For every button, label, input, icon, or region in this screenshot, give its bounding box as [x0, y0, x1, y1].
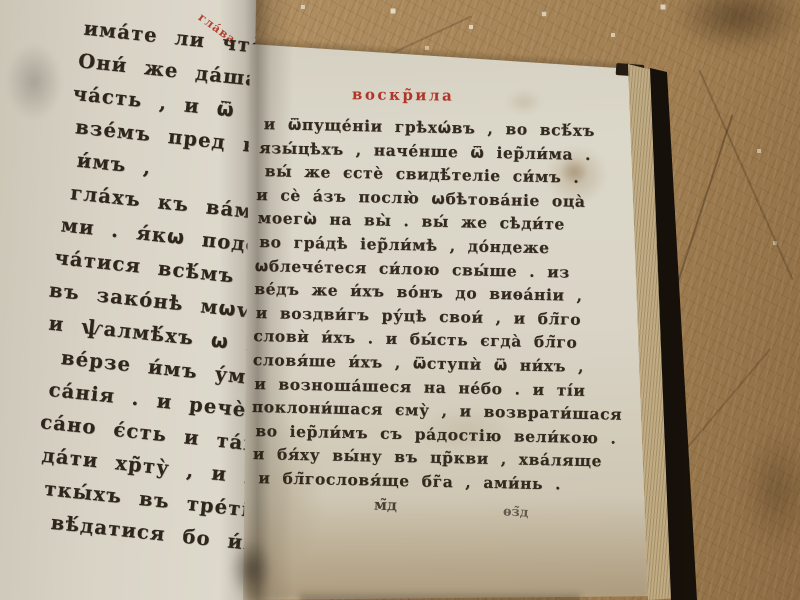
- stain: [506, 90, 542, 114]
- stain: [246, 498, 650, 600]
- book-bottom-shadow: [300, 591, 580, 600]
- gutter-bottom-shadow: [230, 538, 272, 600]
- right-page-text: и ѿпуще́ніи грѣхѡ́въ , во всѣ́хъязы́цѣхъ…: [250, 112, 638, 497]
- gutter-shadow: [219, 0, 293, 600]
- folio-number: м̃д: [374, 496, 398, 515]
- right-page-running-title: воскр̃ила: [352, 85, 455, 104]
- quire-signature: ѳз̃д: [503, 504, 529, 520]
- photo-open-book: гла́ва има́те ли что̀ снОни́ же да́ша єм…: [0, 0, 800, 600]
